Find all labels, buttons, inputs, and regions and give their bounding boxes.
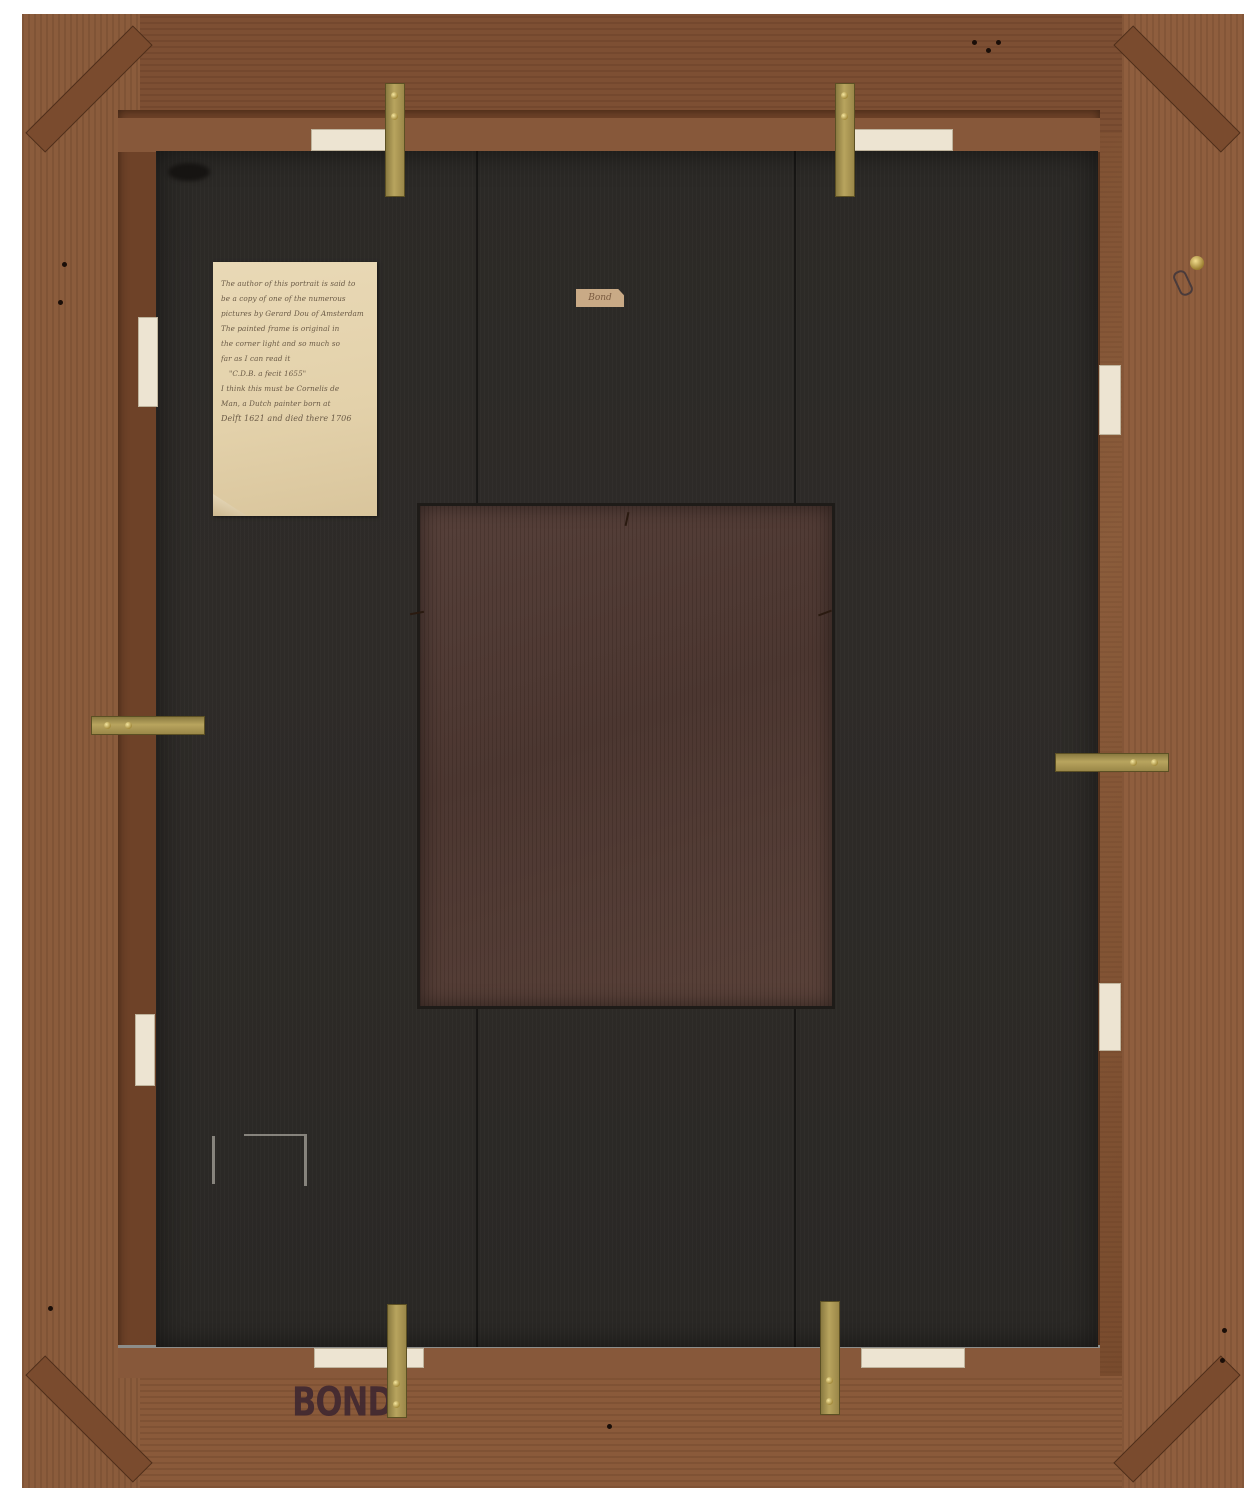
worm-hole (972, 40, 977, 45)
handwritten-note: The author of this portrait is said to b… (213, 262, 377, 516)
felt-pad (1100, 984, 1120, 1050)
brass-mounting-plate (386, 84, 404, 196)
frame-rail-bottom (22, 1376, 1244, 1488)
worm-hole (48, 1306, 53, 1311)
felt-pad (315, 1349, 423, 1367)
note-line: far as I can read it (221, 351, 371, 366)
note-line: Man, a Dutch painter born at (221, 396, 371, 411)
worm-hole (1220, 1358, 1225, 1363)
screw-icon (391, 92, 398, 99)
frame-rail-right (1122, 14, 1244, 1488)
screw-icon (125, 722, 132, 729)
worm-hole (58, 300, 63, 305)
screw-icon (826, 1398, 833, 1405)
screw-icon (391, 113, 398, 120)
felt-pad (1100, 366, 1120, 434)
screw-icon (104, 722, 111, 729)
felt-pad (852, 130, 952, 150)
brass-mounting-plate (388, 1305, 406, 1417)
bond-stamp: BOND (292, 1378, 393, 1426)
brass-mounting-plate (92, 717, 204, 734)
note-line: The painted frame is original in (221, 321, 371, 336)
screw-icon (841, 92, 848, 99)
worm-hole (1222, 1328, 1227, 1333)
felt-pad (139, 318, 157, 406)
note-line: pictures by Gerard Dou of Amsterdam (221, 306, 371, 321)
nail (625, 512, 630, 526)
note-line: Delft 1621 and died there 1706 (221, 411, 371, 426)
note-line: be a copy of one of the numerous (221, 291, 371, 306)
chalk-mark (244, 1134, 307, 1186)
nail (818, 610, 832, 617)
screw-icon (1130, 759, 1137, 766)
note-line: I think this must be Cornelis de (221, 381, 371, 396)
note-line: "C.D.B. a fecit 1655" (221, 366, 371, 381)
note-folded-corner (213, 494, 247, 516)
worm-hole (996, 40, 1001, 45)
note-line: The author of this portrait is said to (221, 276, 371, 291)
dark-stain (168, 163, 210, 181)
screw-icon (826, 1377, 833, 1384)
rebate-strip-top (118, 118, 1100, 152)
brass-mounting-plate (1056, 754, 1168, 771)
inset-wood-panel (420, 506, 832, 1006)
worm-hole (62, 262, 67, 267)
brass-mounting-plate (821, 1302, 839, 1414)
hanging-ring (1190, 256, 1204, 270)
worm-hole (986, 48, 991, 53)
screw-icon (393, 1380, 400, 1387)
felt-pad (862, 1349, 964, 1367)
worm-hole (607, 1424, 612, 1429)
brass-mounting-plate (836, 84, 854, 196)
note-line: the corner light and so much so (221, 336, 371, 351)
screw-icon (393, 1401, 400, 1408)
screw-icon (841, 113, 848, 120)
bond-label: Bond (576, 289, 624, 307)
chalk-mark (212, 1136, 215, 1184)
felt-pad (312, 130, 388, 150)
screw-icon (1151, 759, 1158, 766)
felt-pad (136, 1015, 154, 1085)
